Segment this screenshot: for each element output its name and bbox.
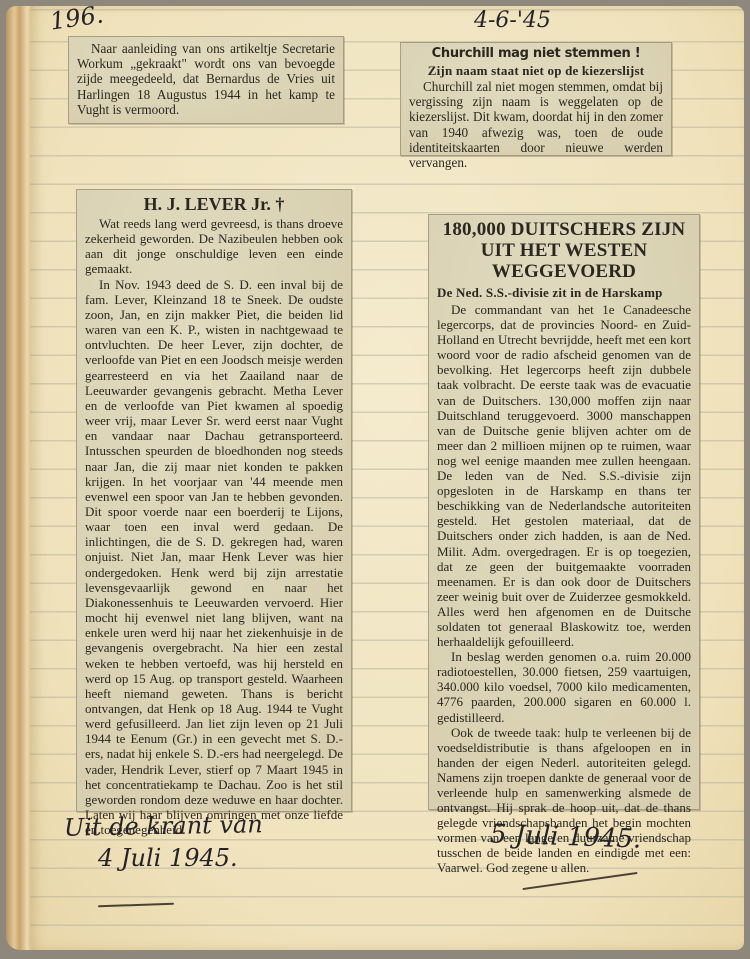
clipping-workum-text: Naar aanleiding van ons artikeltje Secre… <box>77 41 335 117</box>
handwritten-date-note: 5 Juli 1945. <box>490 819 642 854</box>
clipping-churchill-headline: Churchill mag niet stemmen ! <box>409 45 663 63</box>
clipping-duitschers-headline: 180,000 DUITSCHERS ZIJN UIT HET WESTEN W… <box>437 219 691 282</box>
clipping-churchill: Churchill mag niet stemmen ! Zijn naam s… <box>400 42 672 156</box>
clipping-lever-headline: H. J. LEVER Jr. † <box>85 192 343 216</box>
clipping-lever-obituary: H. J. LEVER Jr. † Wat reeds lang werd ge… <box>76 189 352 812</box>
clipping-churchill-subhead: Zijn naam staat niet op de kiezerslijst <box>409 63 663 79</box>
clipping-duitschers-paragraph: In beslag werden genomen o.a. ruim 20.00… <box>437 649 691 724</box>
clipping-duitschers: 180,000 DUITSCHERS ZIJN UIT HET WESTEN W… <box>428 214 700 810</box>
clipping-workum: Naar aanleiding van ons artikeltje Secre… <box>68 36 344 124</box>
handwritten-source-note-line2: 4 Juli 1945. <box>98 844 238 872</box>
handwritten-underline-left <box>98 903 174 908</box>
clipping-duitschers-subhead: De Ned. S.S.-divisie zit in de Harskamp <box>437 285 691 301</box>
clipping-duitschers-paragraph: De commandant van het 1e Canadeesche leg… <box>437 302 691 649</box>
scrapbook-page: 196. 4-6-'45 Naar aanleiding van ons art… <box>30 6 744 950</box>
handwritten-source-note-line1: Uit de krant van <box>64 810 263 841</box>
date-note-top: 4-6-'45 <box>474 8 551 33</box>
clipping-lever-paragraph: Wat reeds lang werd gevreesd, is thans d… <box>85 216 343 277</box>
clipping-duitschers-paragraph: Ook de tweede taak: hulp te verleenen bi… <box>437 725 691 876</box>
clipping-lever-paragraph: In Nov. 1943 deed de S. D. een inval bij… <box>85 277 343 838</box>
clipping-churchill-text: Churchill zal niet mogen stemmen, omdat … <box>409 79 663 170</box>
page-number: 196. <box>48 0 105 35</box>
